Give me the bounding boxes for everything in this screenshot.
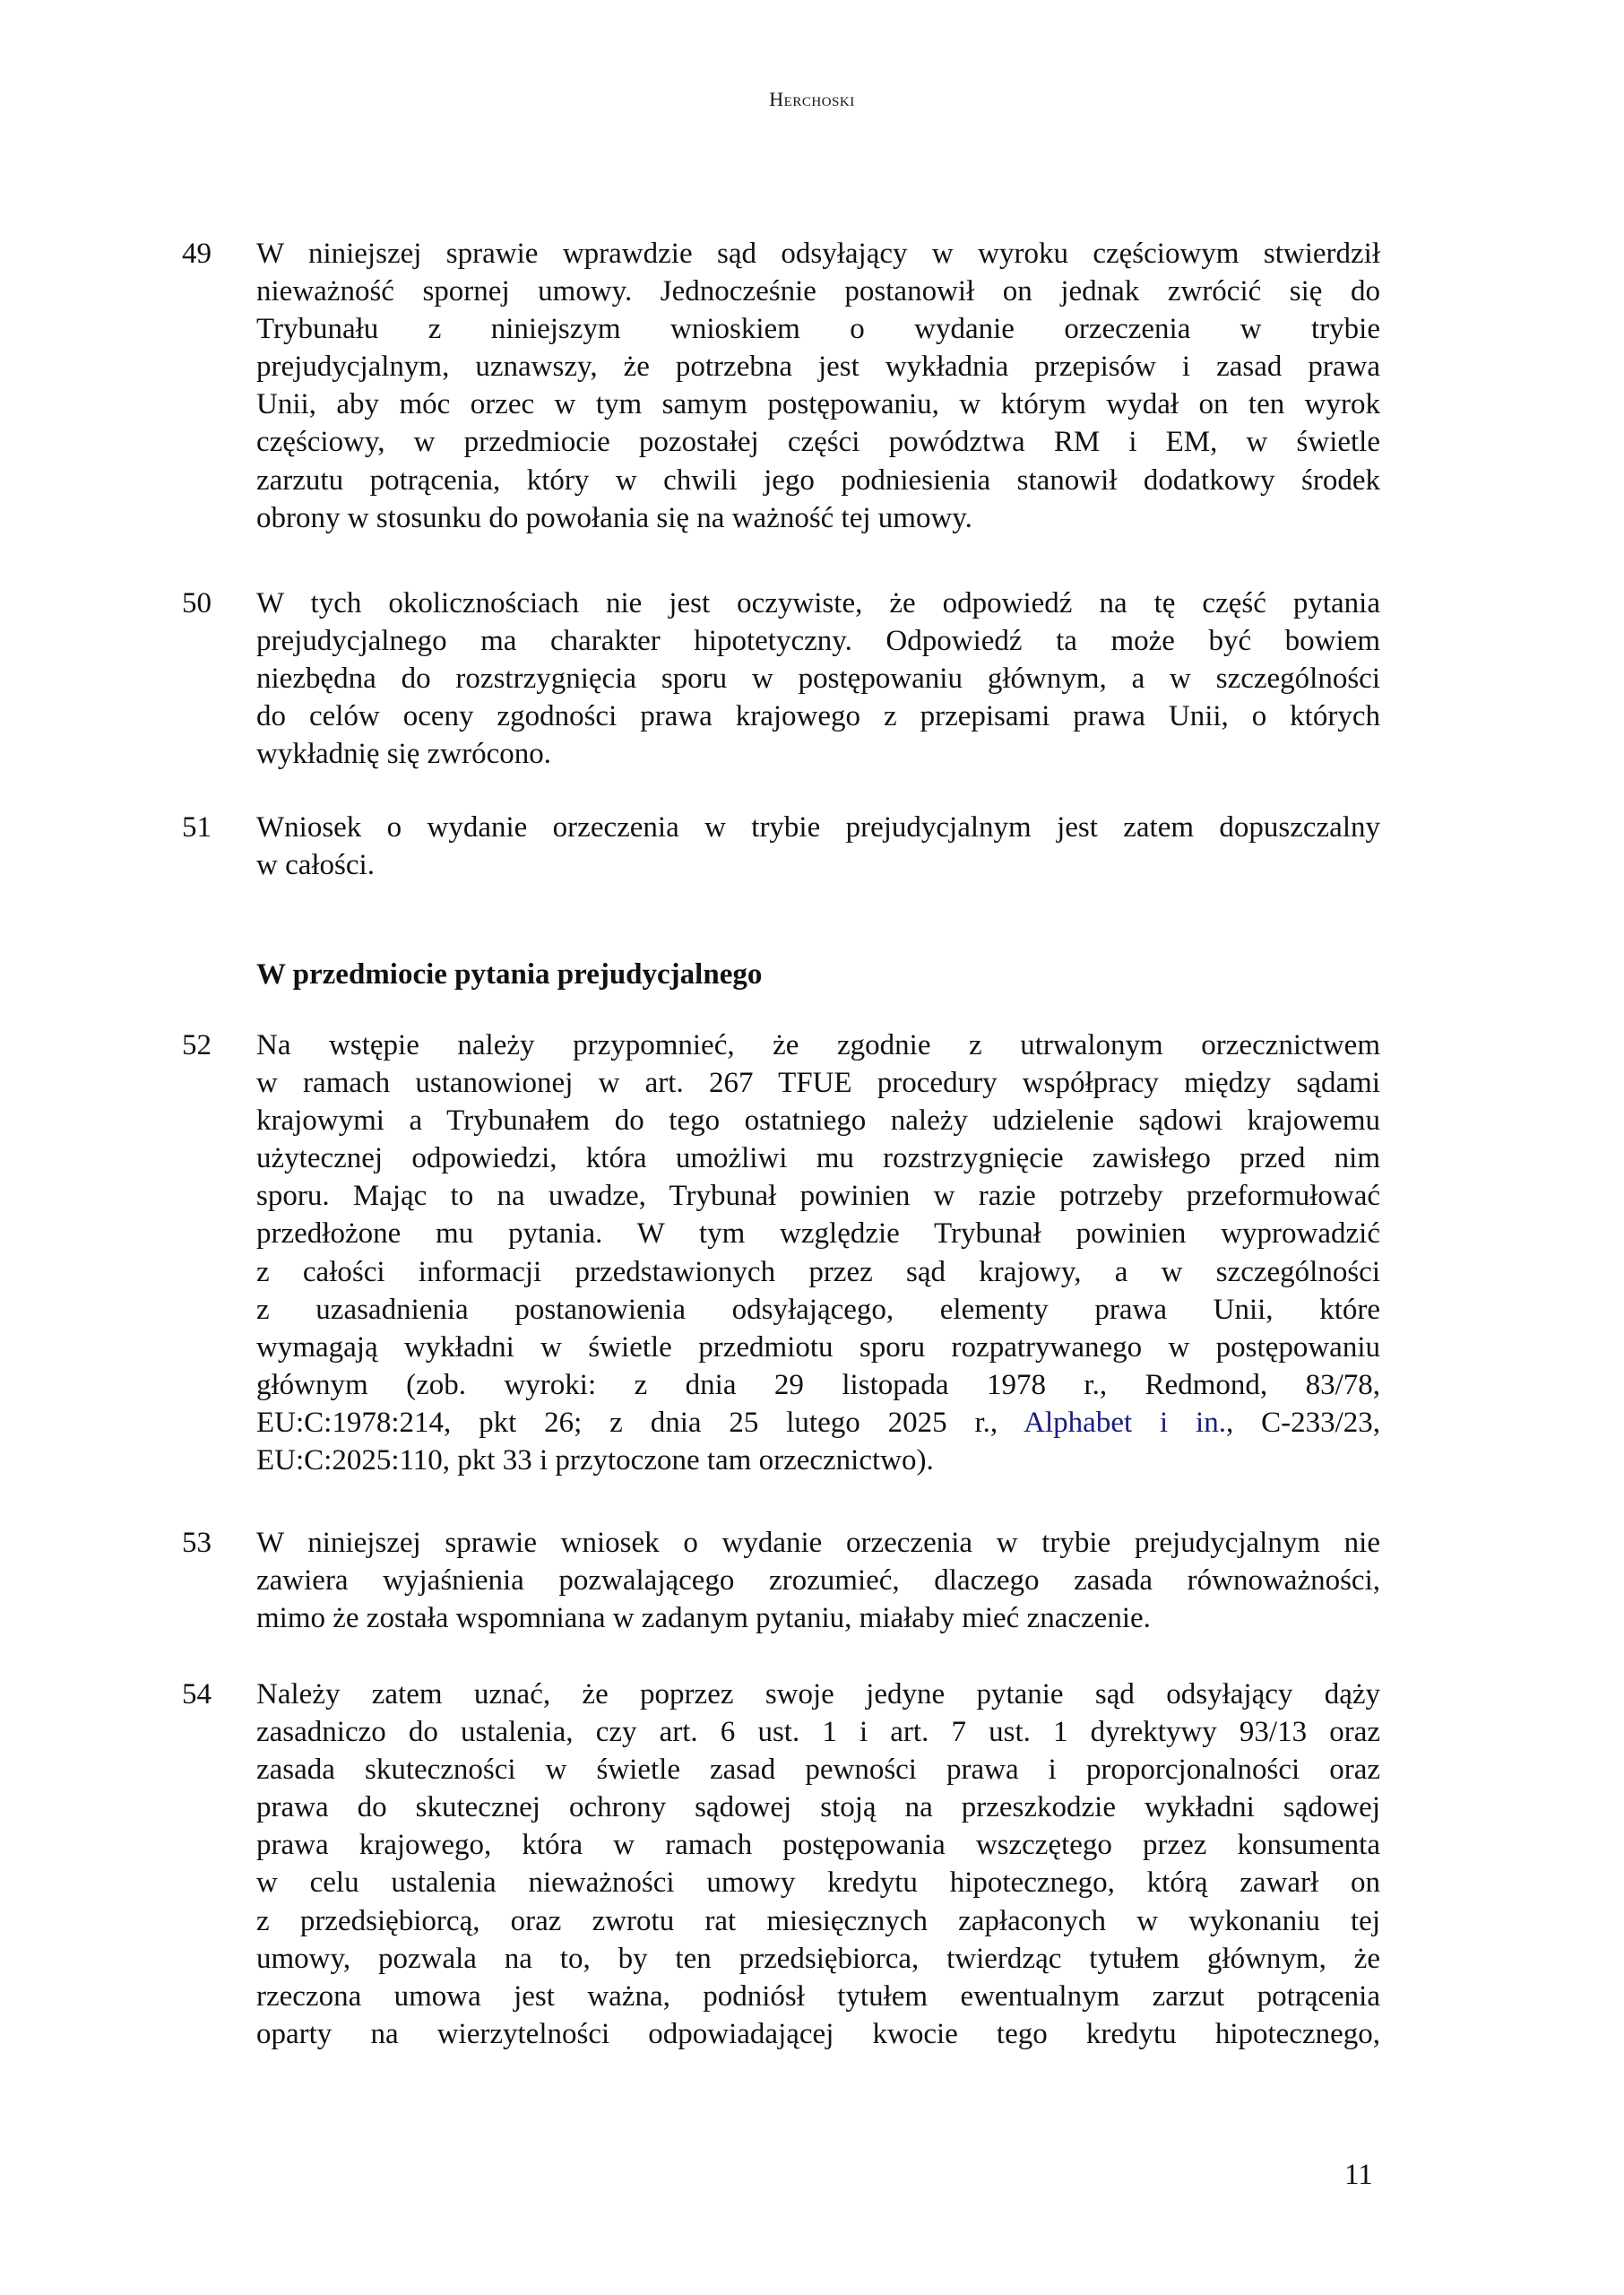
paragraph-body: W niniejszej sprawie wniosek o wydanie o…: [256, 1524, 1380, 1637]
case-reference-link[interactable]: Alphabet i in.: [1024, 1407, 1226, 1439]
text-line: mimo że została wspomniana w zadanym pyt…: [256, 1599, 1380, 1637]
text-line: zawiera wyjaśnienia pozwalającego zrozum…: [256, 1562, 1380, 1599]
paragraph-number: 49: [182, 235, 212, 273]
text-line: użytecznej odpowiedzi, która umożliwi mu…: [256, 1139, 1380, 1177]
paragraph-body: W tych okolicznościach nie jest oczywist…: [256, 585, 1380, 773]
text-line: EU:C:2025:110, pkt 33 i przytoczone tam …: [256, 1442, 1380, 1479]
text-line: rzeczona umowa jest ważna, podniósł tytu…: [256, 1978, 1380, 2015]
text-line: Trybunału z niniejszym wnioskiem o wydan…: [256, 310, 1380, 348]
paragraph-number: 50: [182, 585, 212, 622]
text-line: krajowymi a Trybunałem do tego ostatnieg…: [256, 1102, 1380, 1139]
text-line: z całości informacji przedstawionych prz…: [256, 1253, 1380, 1291]
text-line: głównym (zob. wyroki: z dnia 29 listopad…: [256, 1366, 1380, 1404]
text-line: zasadniczo do ustalenia, czy art. 6 ust.…: [256, 1713, 1380, 1751]
text-line: wykładnię się zwrócono.: [256, 735, 1380, 773]
text-line: Wniosek o wydanie orzeczenia w trybie pr…: [256, 809, 1380, 846]
text-line: z uzasadnienia postanowienia odsyłająceg…: [256, 1291, 1380, 1329]
paragraph-body: W niniejszej sprawie wprawdzie sąd odsył…: [256, 235, 1380, 537]
text-line: w ramach ustanowionej w art. 267 TFUE pr…: [256, 1064, 1380, 1102]
text-line: Unii, aby móc orzec w tym samym postępow…: [256, 385, 1380, 423]
text-line: oparty na wierzytelności odpowiadającej …: [256, 2015, 1380, 2053]
text-line: prawa do skutecznej ochrony sądowej stoj…: [256, 1788, 1380, 1826]
text-line: prejudycjalnego ma charakter hipotetyczn…: [256, 622, 1380, 660]
paragraph-number: 54: [182, 1676, 212, 1713]
text-line: Na wstępie należy przypomnieć, że zgodni…: [256, 1026, 1380, 1064]
text-line: niezbędna do rozstrzygnięcia sporu w pos…: [256, 660, 1380, 697]
text-line: do celów oceny zgodności prawa krajowego…: [256, 697, 1380, 735]
text-line: zasada skuteczności w świetle zasad pewn…: [256, 1751, 1380, 1788]
paragraph-number: 53: [182, 1524, 212, 1562]
paragraph-number: 51: [182, 809, 212, 846]
page-number: 11: [1344, 2159, 1373, 2192]
text-line: nieważność spornej umowy. Jednocześnie p…: [256, 273, 1380, 310]
text-line: w całości.: [256, 846, 1380, 884]
text-line: wymagają wykładni w świetle przedmiotu s…: [256, 1329, 1380, 1366]
text-line: sporu. Mając to na uwadze, Trybunał powi…: [256, 1177, 1380, 1215]
paragraph-body: Wniosek o wydanie orzeczenia w trybie pr…: [256, 809, 1380, 884]
paragraph-body: Na wstępie należy przypomnieć, że zgodni…: [256, 1026, 1380, 1479]
text-line: częściowy, w przedmiocie pozostałej częś…: [256, 423, 1380, 461]
section-heading: W przedmiocie pytania prejudycjalnego: [256, 956, 762, 993]
text-line: Należy zatem uznać, że poprzez swoje jed…: [256, 1676, 1380, 1713]
text-line: obrony w stosunku do powołania się na wa…: [256, 499, 1380, 537]
text-line: prejudycjalnym, uznawszy, że potrzebna j…: [256, 348, 1380, 385]
text-line: W niniejszej sprawie wniosek o wydanie o…: [256, 1524, 1380, 1562]
text-line: w celu ustalenia nieważności umowy kredy…: [256, 1864, 1380, 1901]
text-line: przedłożone mu pytania. W tym względzie …: [256, 1215, 1380, 1252]
paragraph-body: Należy zatem uznać, że poprzez swoje jed…: [256, 1676, 1380, 2053]
text-line: W niniejszej sprawie wprawdzie sąd odsył…: [256, 235, 1380, 273]
text-line: EU:C:1978:214, pkt 26; z dnia 25 lutego …: [256, 1404, 1380, 1442]
text-line: umowy, pozwala na to, by ten przedsiębio…: [256, 1940, 1380, 1978]
text-line: prawa krajowego, która w ramach postępow…: [256, 1826, 1380, 1864]
paragraph-number: 52: [182, 1026, 212, 1064]
text-line: z przedsiębiorcą, oraz zwrotu rat miesię…: [256, 1902, 1380, 1940]
text-line: W tych okolicznościach nie jest oczywist…: [256, 585, 1380, 622]
text-line: zarzutu potrącenia, który w chwili jego …: [256, 462, 1380, 499]
running-header: Herchoski: [0, 88, 1624, 111]
